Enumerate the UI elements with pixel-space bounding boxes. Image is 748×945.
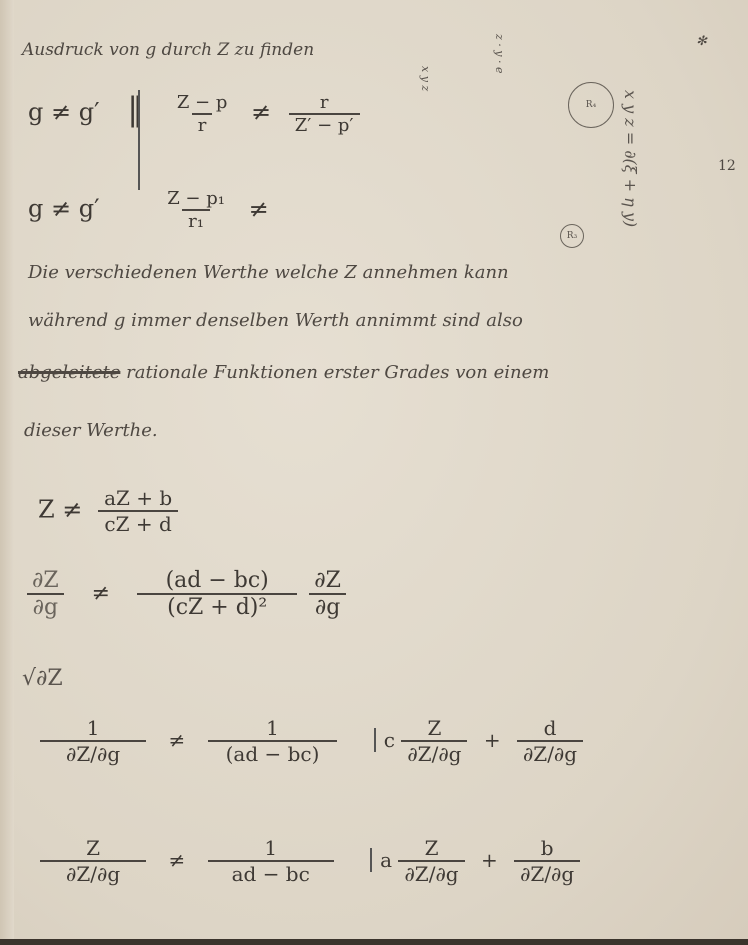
page-number: 12: [718, 158, 736, 174]
heading: Ausdruck von g durch Z zu finden: [22, 40, 314, 60]
margin-note-xyz: x y z: [419, 66, 432, 91]
circled-note-r4: R₄: [568, 82, 614, 128]
eq1-separator: ‖: [127, 90, 143, 128]
equation-6: Z ∂Z/∂g ≠ 1 ad − bc a Z ∂Z/∂g + b ∂Z/∂g: [40, 836, 580, 886]
eq2-relation: ≠: [249, 195, 269, 223]
struck-word: abgeleitete: [18, 362, 120, 383]
crossed-out-scribble: √∂Z: [22, 666, 63, 691]
corner-mark: ✻: [696, 34, 707, 49]
equation-1: g ≠ g′ ‖ Z − p r ≠ r Z′ − p′: [28, 90, 360, 136]
eq1-lhs: g ≠ g′: [28, 98, 100, 126]
eq1-relation: ≠: [251, 98, 271, 126]
circled-note-r3: R₃: [560, 224, 584, 248]
equation-2: g ≠ g′ Z − p₁ r₁ ≠: [28, 188, 269, 232]
paragraph-line-2: während g immer denselben Werth annimmt …: [28, 310, 523, 331]
equation-4: ∂Z ∂g ≠ (ad − bc) (cZ + d)² ∂Z ∂g: [26, 568, 347, 620]
paragraph-line-1: Die verschiedenen Werthe welche Z annehm…: [28, 262, 509, 283]
page-bottom-edge: [0, 939, 748, 945]
page-binding-edge: [0, 0, 14, 945]
manuscript-page: ✻ 12 Ausdruck von g durch Z zu finden g …: [0, 0, 748, 945]
equation-3: Z ≠ aZ + b cZ + d: [38, 486, 178, 536]
double-bar-line: [138, 90, 140, 190]
paragraph-line-4: dieser Werthe.: [24, 420, 158, 441]
vertical-formula: x y z = ∂(ξ + η y): [621, 90, 640, 227]
eq1-fraction-2: r Z′ − p′: [289, 92, 360, 136]
eq2-lhs: g ≠ g′: [28, 195, 100, 223]
equation-5: 1 ∂Z/∂g ≠ 1 (ad − bc) c Z ∂Z/∂g + d ∂Z/∂…: [40, 716, 583, 766]
eq1-fraction-1: Z − p r: [171, 92, 234, 136]
margin-note-zye: z · y · e: [493, 34, 506, 74]
paragraph-line-3: abgeleitete rationale Funktionen erster …: [18, 362, 549, 383]
eq2-fraction: Z − p₁ r₁: [161, 188, 231, 232]
